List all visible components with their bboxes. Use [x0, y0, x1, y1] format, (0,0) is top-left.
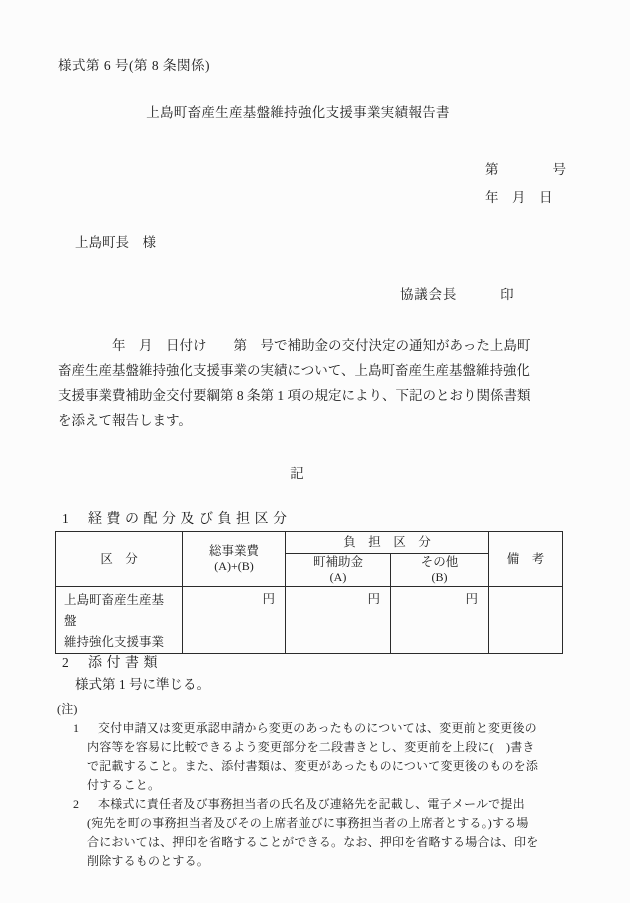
- row-label-line1: 上島町畜産生産基盤: [64, 590, 176, 632]
- cost-allocation-table: 区 分 総事業費 (A)+(B) 負 担 区 分 備 考 町補助金 (A) その…: [55, 531, 563, 654]
- note-line: 1交付申請又は変更承認申請から変更のあったものについては、変更前と変更後の: [73, 719, 538, 738]
- note-line: 2本様式に責任者及び事務担当者の氏名及び連絡先を記載し、電子メールで提出: [73, 795, 538, 814]
- col-header-other-line2: (B): [391, 570, 488, 586]
- col-header-town-subsidy: 町補助金 (A): [286, 554, 391, 587]
- date-line: 年 月 日: [485, 184, 566, 212]
- col-header-remarks: 備 考: [489, 532, 563, 587]
- table-row: 上島町畜産生産基盤 維持強化支援事業 円 円 円: [56, 586, 563, 653]
- col-header-category: 区 分: [56, 532, 183, 587]
- note-number: 2: [73, 795, 98, 814]
- record-marker: 記: [58, 462, 538, 482]
- doc-number-date-block: 第 号 年 月 日: [485, 156, 566, 212]
- doc-number-line: 第 号: [485, 156, 566, 184]
- remarks-empty-cell: [489, 586, 563, 653]
- note-line: 付すること。: [87, 776, 538, 795]
- col-header-burden-group: 負 担 区 分: [286, 532, 489, 554]
- col-header-subsidy-line1: 町補助金: [286, 554, 390, 570]
- section1-title: 経費の配分及び負担区分: [88, 512, 292, 527]
- note-number: 1: [73, 719, 98, 738]
- body-line: 畜産生産基盤維持強化支援事業の実績について、上島町畜産生産基盤維持強化: [58, 358, 539, 383]
- note-text: 本様式に責任者及び事務担当者の氏名及び連絡先を記載し、電子メールで提出: [98, 797, 525, 811]
- note-text: 交付申請又は変更承認申請から変更のあったものについては、変更前と変更後の: [98, 721, 537, 735]
- note-item-2: 2本様式に責任者及び事務担当者の氏名及び連絡先を記載し、電子メールで提出 (宛先…: [57, 795, 538, 871]
- section1-heading: 1経費の配分及び負担区分: [62, 508, 292, 528]
- note-line: (宛先を町の事務担当者及びその上席者並びに事務担当者の上席者とする。)する場: [87, 814, 538, 833]
- col-header-total-cost: 総事業費 (A)+(B): [183, 532, 286, 587]
- body-line: を添えて報告します。: [58, 408, 539, 433]
- notes-block: (注) 1交付申請又は変更承認申請から変更のあったものについては、変更前と変更後…: [57, 700, 538, 871]
- body-paragraph: 年 月 日付け 第 号で補助金の交付決定の通知があった上島町 畜産生産基盤維持強…: [58, 333, 539, 433]
- form-number: 様式第 6 号(第 8 条関係): [58, 54, 210, 74]
- sender-seal-line: 協議会長 印: [400, 283, 514, 303]
- section2-heading: 2添付書類: [62, 652, 162, 672]
- note-line: で記載すること。また、添付書類は、変更があったものについて変更後のものを添: [87, 757, 538, 776]
- note-line: 内容等を容易に比較できるよう変更部分を二段書きとし、変更前を上段に( )書き: [87, 738, 538, 757]
- section1-number: 1: [62, 511, 88, 527]
- note-item-1: 1交付申請又は変更承認申請から変更のあったものについては、変更前と変更後の 内容…: [57, 719, 538, 795]
- total-cost-yen-cell: 円: [183, 586, 286, 653]
- body-line: 年 月 日付け 第 号で補助金の交付決定の通知があった上島町: [58, 333, 539, 358]
- document-page: 様式第 6 号(第 8 条関係) 上島町畜産生産基盤維持強化支援事業実績報告書 …: [0, 0, 630, 903]
- section2-title: 添付書類: [88, 656, 162, 671]
- town-subsidy-yen-cell: 円: [286, 586, 391, 653]
- section2-number: 2: [62, 655, 88, 671]
- col-header-other-line1: その他: [391, 554, 488, 570]
- other-yen-cell: 円: [391, 586, 489, 653]
- col-header-subsidy-line2: (A): [286, 570, 390, 586]
- col-header-total-line1: 総事業費: [183, 543, 285, 559]
- section2-body: 様式第 1 号に準じる。: [75, 673, 210, 693]
- col-header-total-line2: (A)+(B): [183, 559, 285, 575]
- document-title: 上島町畜産生産基盤維持強化支援事業実績報告書: [58, 101, 538, 121]
- addressee-line: 上島町長 様: [75, 231, 156, 251]
- note-line: 合においては、押印を省略することができる。なお、押印を省略する場合は、印を: [87, 833, 538, 852]
- note-line: 削除するものとする。: [87, 852, 538, 871]
- notes-label: (注): [57, 700, 538, 719]
- row-project-label: 上島町畜産生産基盤 維持強化支援事業: [56, 586, 183, 653]
- row-label-line2: 維持強化支援事業: [64, 632, 176, 653]
- body-line: 支援事業費補助金交付要綱第 8 条第 1 項の規定により、下記のとおり関係書類: [58, 383, 539, 408]
- col-header-other: その他 (B): [391, 554, 489, 587]
